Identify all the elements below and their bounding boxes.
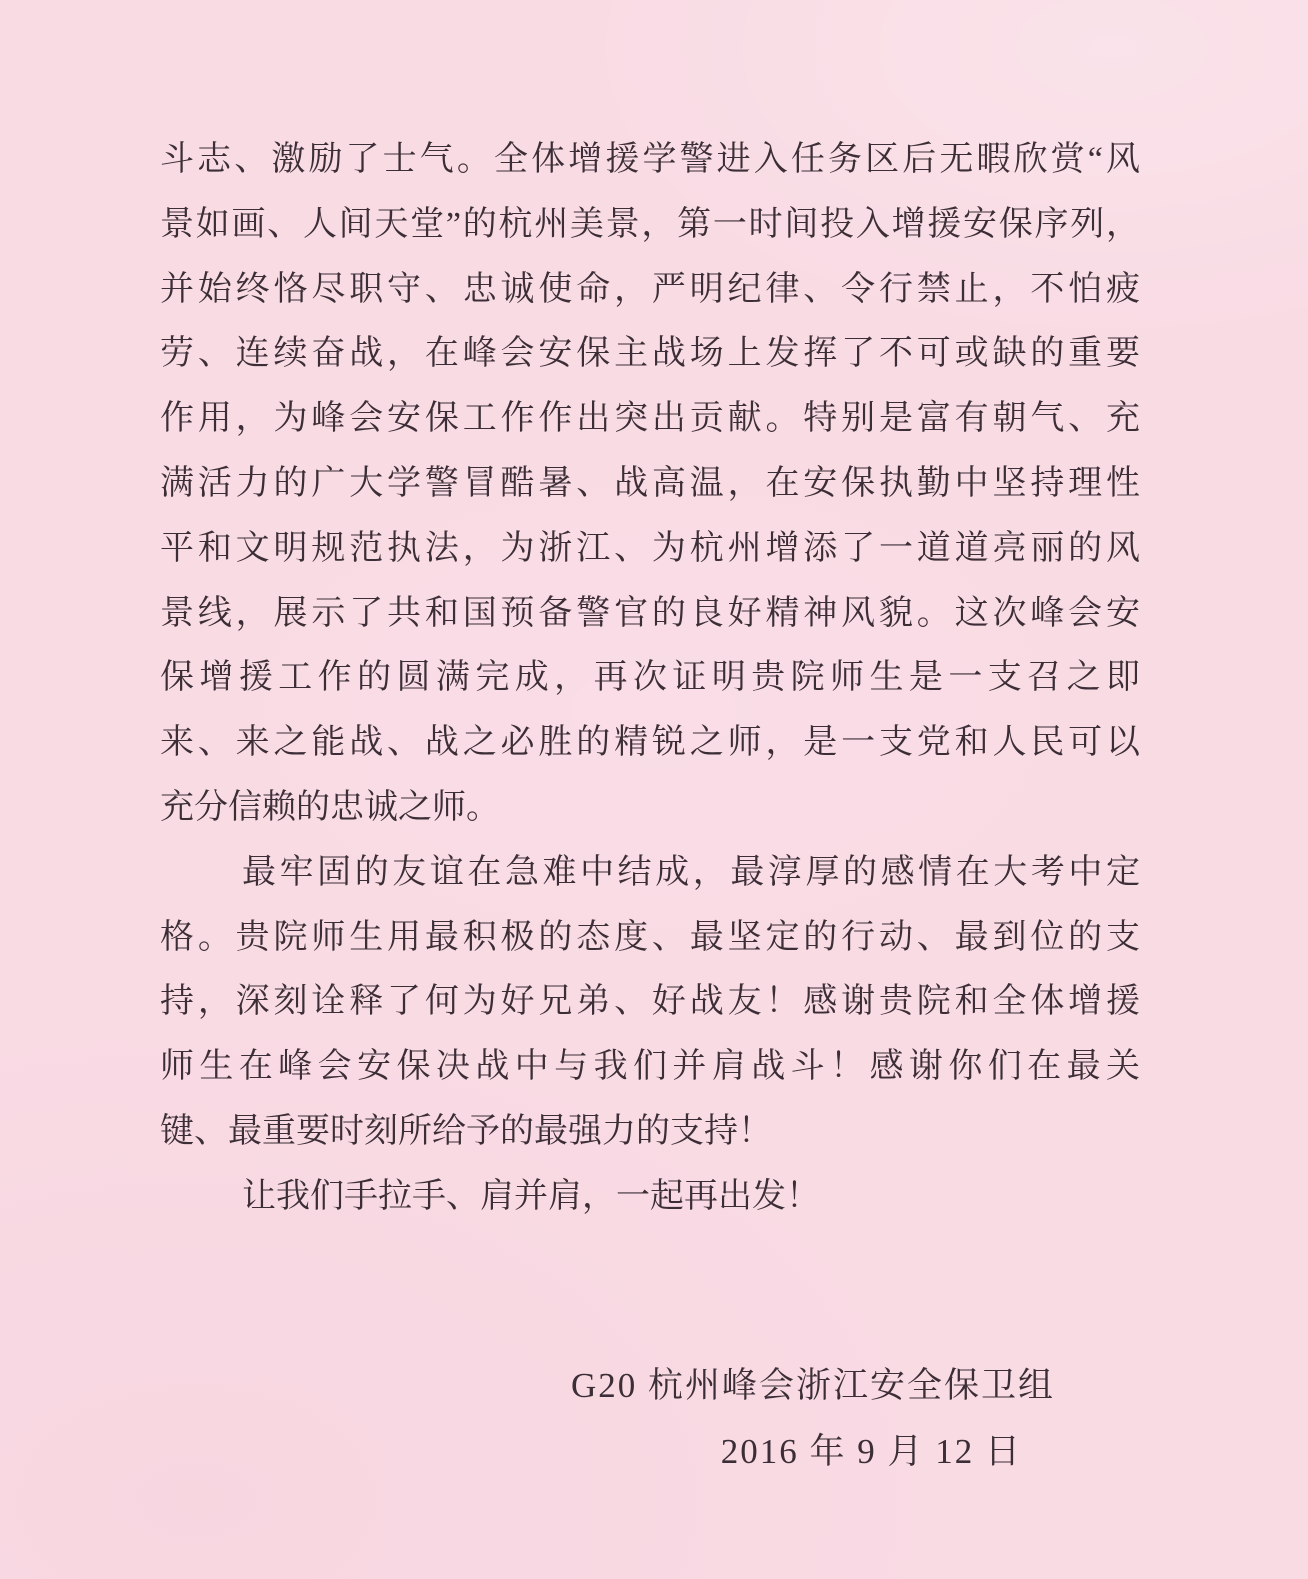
signature-line: G20 杭州峰会浙江安全保卫组 (0, 1362, 1055, 1410)
date-line: 2016 年 9 月 12 日 (0, 1428, 1022, 1476)
text-line: 景线，展示了共和国预备警官的良好精神风貌。这次峰会安 (160, 582, 1140, 647)
text-line: 键、最重要时刻所给予的最强力的支持！ (160, 1100, 1140, 1165)
text-line: 持，深刻诠释了何为好兄弟、好战友！感谢贵院和全体增援 (160, 970, 1140, 1035)
letter-body: 斗志、激励了士气。全体增援学警进入任务区后无暇欣赏“风景如画、人间天堂”的杭州美… (160, 128, 1140, 1230)
text-line: 来、来之能战、战之必胜的精锐之师，是一支党和人民可以 (160, 711, 1140, 776)
text-line: 格。贵院师生用最积极的态度、最坚定的行动、最到位的支 (160, 906, 1140, 971)
text-line: 充分信赖的忠诚之师。 (160, 776, 1140, 841)
text-line: 保增援工作的圆满完成，再次证明贵院师生是一支召之即 (160, 646, 1140, 711)
text-line: 劳、连续奋战，在峰会安保主战场上发挥了不可或缺的重要 (160, 322, 1140, 387)
text-line: 并始终恪尽职守、忠诚使命，严明纪律、令行禁止，不怕疲 (160, 258, 1140, 323)
text-line: 最牢固的友谊在急难中结成，最淳厚的感情在大考中定 (160, 841, 1140, 906)
text-line: 平和文明规范执法，为浙江、为杭州增添了一道道亮丽的风 (160, 517, 1140, 582)
text-line: 斗志、激励了士气。全体增援学警进入任务区后无暇欣赏“风 (160, 128, 1140, 193)
text-line: 师生在峰会安保决战中与我们并肩战斗！感谢你们在最关 (160, 1035, 1140, 1100)
text-line: 作用，为峰会安保工作作出突出贡献。特别是富有朝气、充 (160, 387, 1140, 452)
letter-page: 斗志、激励了士气。全体增援学警进入任务区后无暇欣赏“风景如画、人间天堂”的杭州美… (0, 0, 1308, 1579)
text-line: 让我们手拉手、肩并肩，一起再出发！ (160, 1165, 1140, 1230)
text-line: 景如画、人间天堂”的杭州美景，第一时间投入增援安保序列， (160, 193, 1140, 258)
text-line: 满活力的广大学警冒酷暑、战高温，在安保执勤中坚持理性 (160, 452, 1140, 517)
